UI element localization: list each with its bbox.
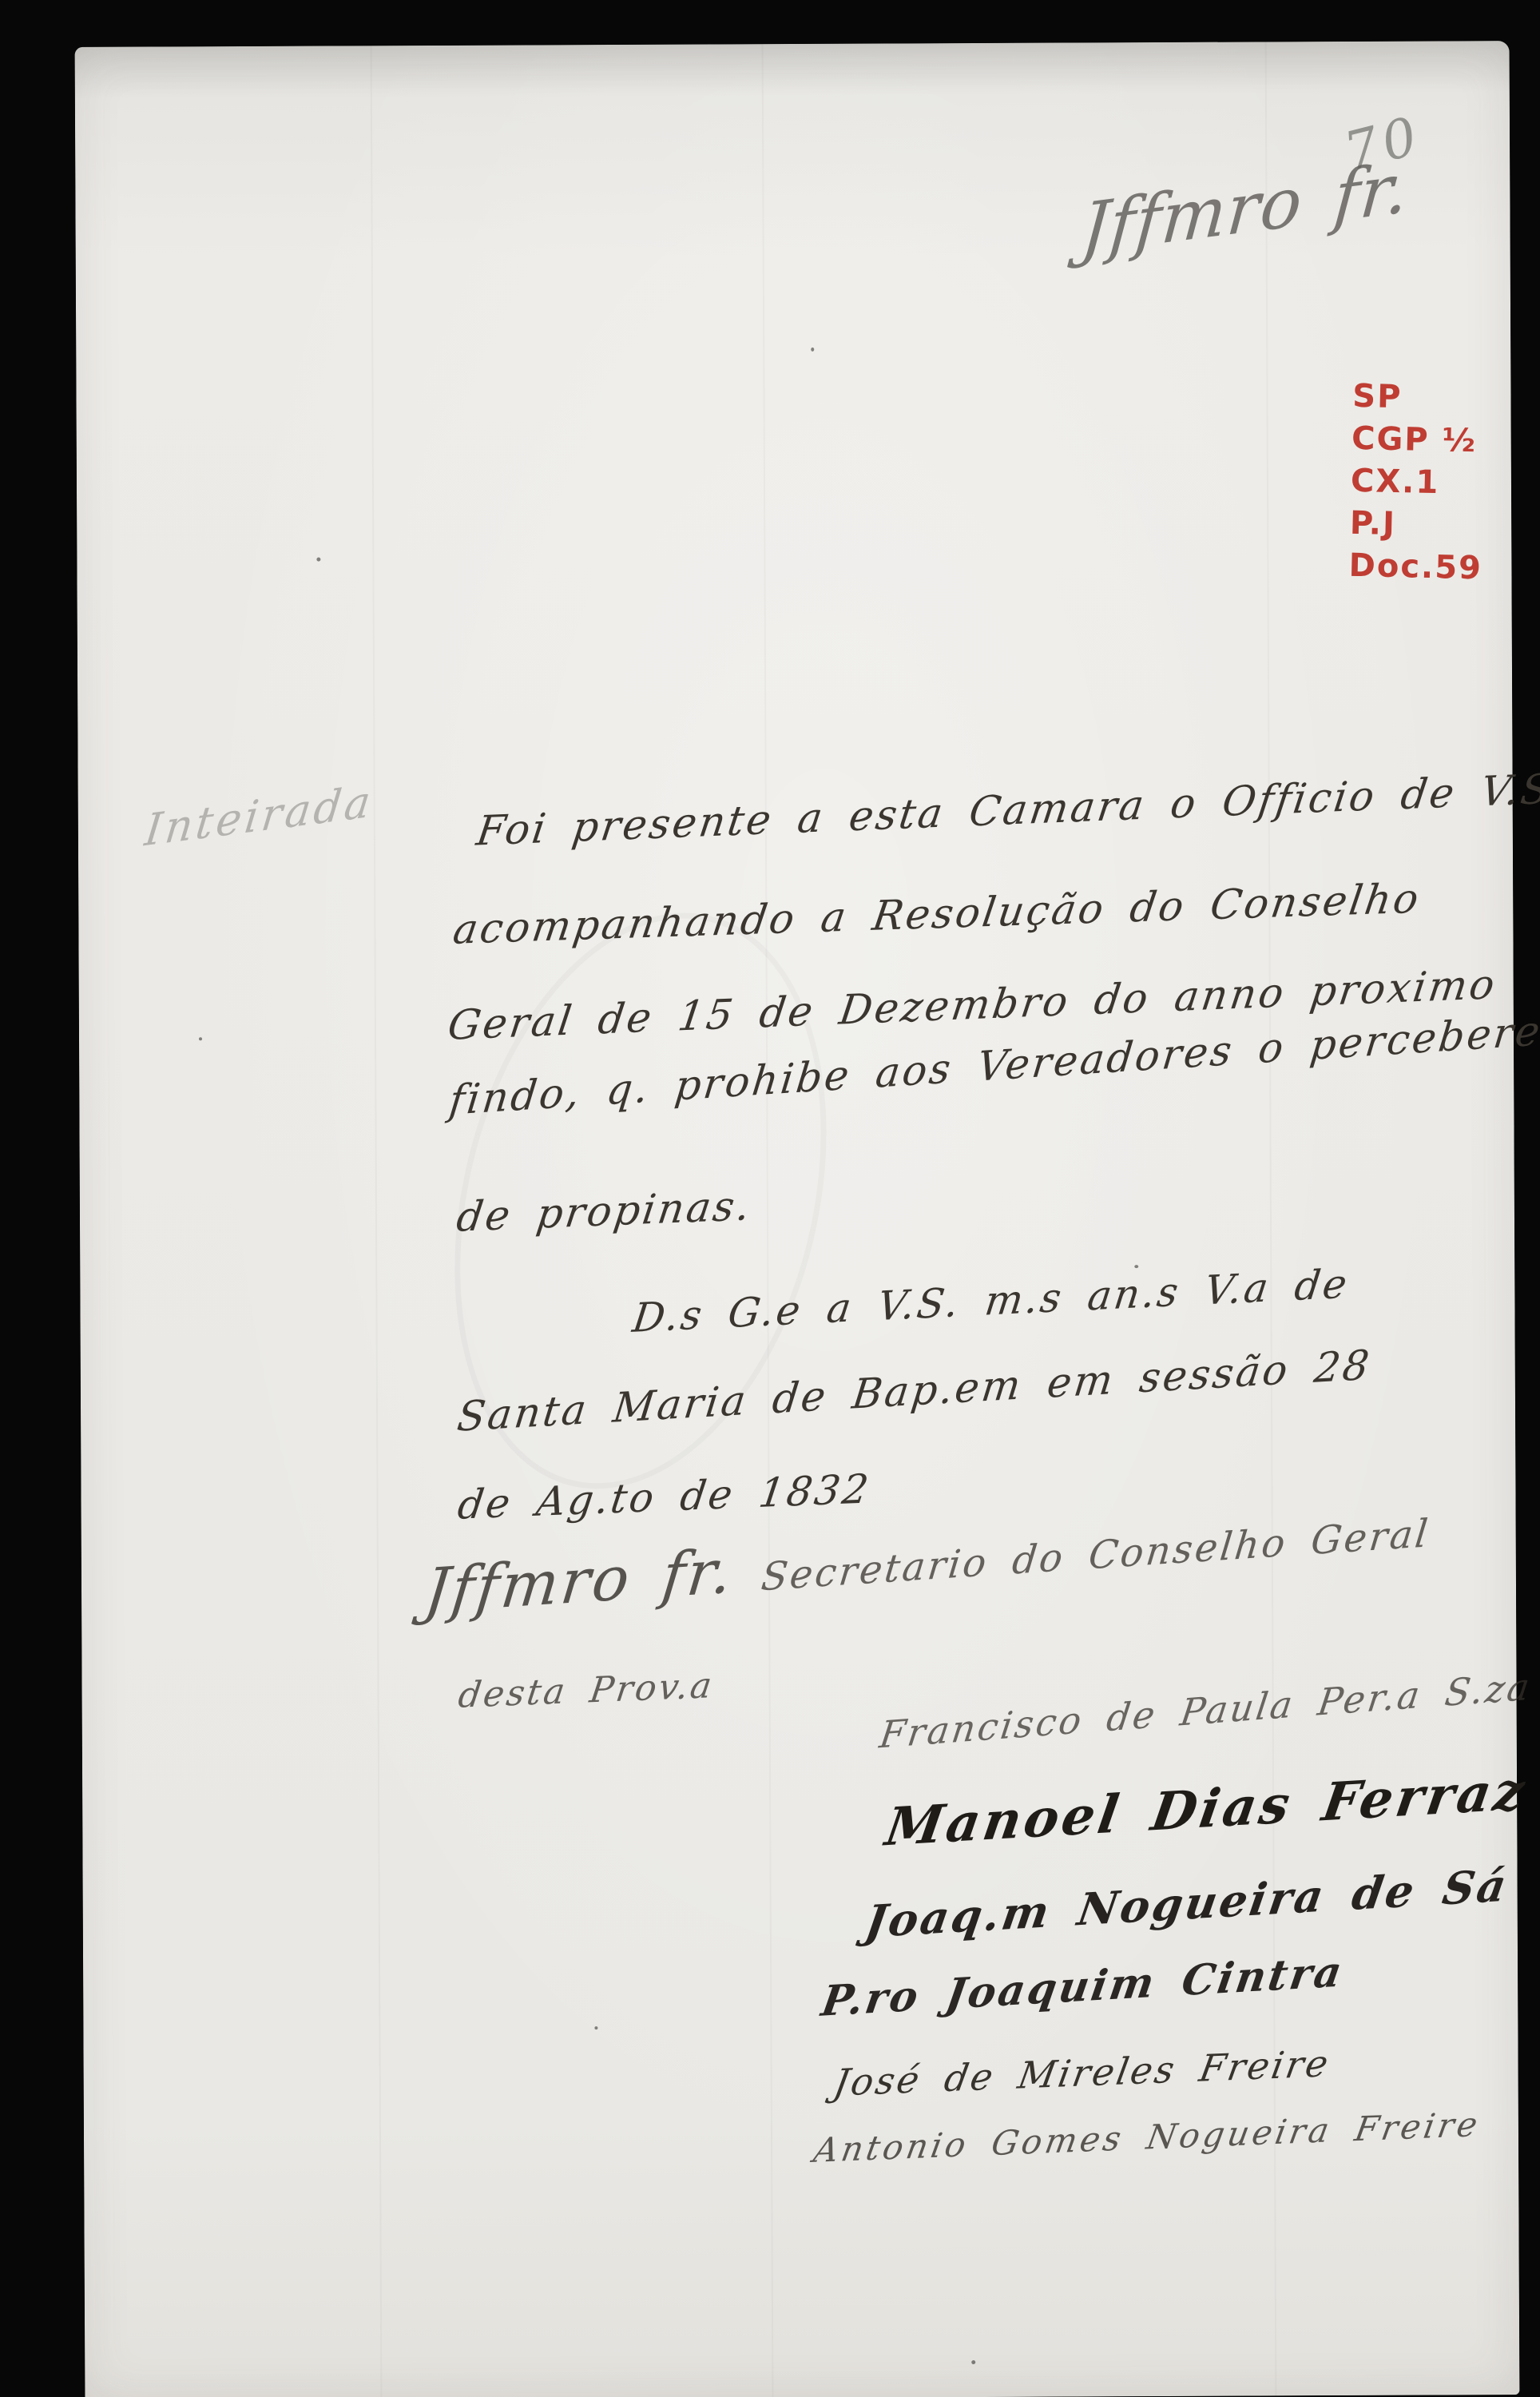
- stamp-line: Doc.59: [1348, 545, 1482, 590]
- signature-joaquim-nogueira-de-sa: Joaq.m Nogueira de Sá: [862, 1858, 1512, 1947]
- top-rubric-signature: Jffmro fr.: [1078, 147, 1412, 270]
- body-text-line: Foi presente a esta Camara o Officio de …: [474, 765, 1540, 856]
- date-line: de Ag.to de 1832: [455, 1465, 874, 1528]
- paper-speck: [316, 558, 320, 562]
- stamp-line: P.J: [1349, 503, 1483, 548]
- paper-speck: [971, 2360, 975, 2364]
- signature-antonio-gomes-nogueira-freire: Antonio Gomes Nogueira Freire: [811, 2105, 1483, 2170]
- manuscript-page: 70 Jffmro fr. SP CGP ½ CX.1 P.J Doc.59 I…: [75, 41, 1520, 2397]
- signature-manoel-dias-ferraz: Manoel Dias Ferraz: [881, 1760, 1531, 1858]
- stamp-line: CX.1: [1350, 460, 1484, 506]
- signature-francisco-de-paula: Francisco de Paula Per.a S.za: [877, 1664, 1534, 1756]
- secretary-rubric: Jffmro fr.: [421, 1535, 737, 1627]
- paper-speck: [1134, 1265, 1138, 1268]
- secretary-title-line2: desta Prov.a: [456, 1665, 716, 1716]
- margin-annotation: Inteirada: [142, 776, 376, 857]
- archival-stamp: SP CGP ½ CX.1 P.J Doc.59: [1348, 376, 1486, 590]
- body-text-line: acompanhando a Resolução do Conselho: [450, 875, 1424, 953]
- signature-pedro-joaquim-cintra: P.ro Joaquim Cintra: [818, 1947, 1347, 2026]
- paper-crease: [371, 46, 383, 2397]
- paper-speck: [594, 2026, 597, 2029]
- stamp-line: SP: [1352, 376, 1486, 421]
- secretary-title: Secretario do Conselho Geral: [759, 1511, 1432, 1600]
- paper-speck: [811, 348, 814, 352]
- paper-crease: [1265, 42, 1277, 2395]
- signature-jose-de-mireles-freire: José de Mireles Freire: [831, 2041, 1334, 2105]
- paper-speck: [199, 1037, 202, 1040]
- stamp-line: CGP ½: [1351, 418, 1486, 463]
